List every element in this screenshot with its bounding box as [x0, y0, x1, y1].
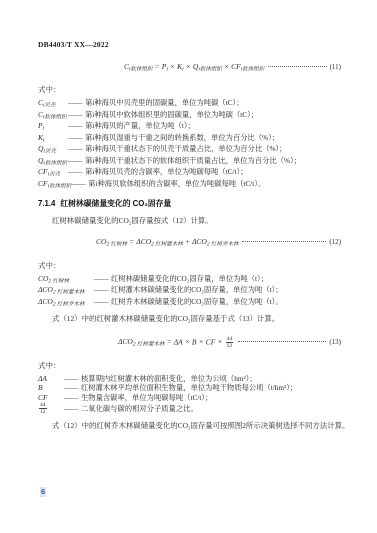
definition-description: 第i种海贝的产量，单位为吨（t）； — [85, 121, 195, 130]
definition-symbol: Ci贝壳 — [38, 98, 68, 110]
formula-12-number: (12) — [329, 238, 341, 247]
definition-list-mangrove: CO2 红树林——红树林碳储量变化的CO₂固存量，单位为吨（t）；ΔCO2 红树… — [38, 274, 341, 309]
definition-description: 红树灌木林平均单位面积生物量，单位为吨干物质每公顷（t/hm²）； — [81, 383, 297, 392]
definition-symbol: CFi软体组织 — [38, 179, 71, 191]
definition-item: CF——生物量含碳率，单位为吨碳每吨（tC/t）； — [38, 393, 341, 403]
symbol-base: ΔA — [174, 337, 183, 346]
symbol-base: ΔCO — [192, 237, 207, 246]
operator: + — [185, 237, 189, 246]
formula-11: Ci软体组织=Pi×Ki×Qi软体组织×CFi软体组织 (11) — [38, 62, 341, 74]
definition-dash: —— — [68, 110, 82, 120]
definition-dash: —— — [94, 274, 108, 284]
symbol-base: CF — [38, 393, 48, 402]
symbol-subscript: i软体组织 — [43, 160, 67, 166]
definition-dash: —— — [64, 374, 78, 384]
symbol: B — [192, 337, 197, 346]
definition-dash: —— — [68, 156, 82, 166]
definition-dash: —— — [94, 297, 108, 307]
symbol: CO2 红树林 — [96, 237, 127, 246]
definition-dash: —— — [68, 121, 82, 131]
symbol: CFi软体组织 — [38, 179, 71, 188]
symbol: Ki — [38, 133, 45, 142]
symbol-base: CO — [38, 274, 48, 283]
symbol: Ci软体组织 — [38, 110, 67, 119]
definition-symbol: Qi软体组织 — [38, 156, 68, 168]
symbol: CO2 红树林 — [38, 274, 69, 283]
definition-item: Pi——第i种海贝的产量，单位为吨（t）； — [38, 121, 341, 133]
dotted-leader — [268, 66, 326, 67]
definition-item: Qi软体组织——第i种海贝干重状态下的软体组织干质量占比，单位为百分比（%）； — [38, 156, 341, 168]
symbol: Qi软体组织 — [193, 62, 222, 71]
operator: × — [224, 62, 228, 71]
symbol-subscript: i贝壳 — [43, 149, 56, 155]
definition-item: Ci软体组织——第i种海贝中软体组织里的固碳量，单位为吨碳（tC）； — [38, 110, 341, 122]
definition-description: 第i种海贝贝壳的含碳率，单位为吨碳每吨（tC/t）； — [85, 167, 248, 176]
definition-description: 第i种海贝中软体组织里的固碳量，单位为吨碳（tC）； — [85, 110, 258, 119]
symbol-subscript: 2 红树灌木林 — [151, 242, 183, 248]
definition-dash: —— — [64, 393, 78, 403]
symbol: ΔCO2 红树乔木林 — [38, 297, 84, 306]
formula-12: CO2 红树林=ΔCO2 红树灌木林+ΔCO2 红树乔木林 (12) — [38, 237, 341, 249]
operator: × — [170, 62, 174, 71]
document-code-header: DB4403/T XX—2022 — [38, 40, 341, 50]
definition-dash: —— — [68, 98, 82, 108]
formula-13-math: ΔCO2 红树灌木林=ΔA×B×CF×4412 — [118, 336, 234, 349]
definition-list-shellfish: Ci贝壳——第i种海贝中贝壳里的固碳量，单位为吨碳（tC）；Ci软体组织——第i… — [38, 98, 341, 190]
symbol-subscript: i软体组织 — [241, 66, 265, 72]
fraction-denominator: 12 — [39, 408, 47, 415]
definition-description: 第i种海贝干重状态下的贝壳干质量占比，单位为百分比（%）； — [85, 144, 286, 153]
operator: × — [218, 337, 222, 346]
symbol: ΔCO2 红树乔木林 — [192, 237, 238, 246]
definition-description: 第i种海贝软体组织的含碳率，单位为吨碳每吨（tC/t）。 — [88, 179, 265, 188]
symbol: Pi — [162, 62, 168, 71]
symbol-base: ΔCO — [136, 237, 151, 246]
definition-dash: —— — [68, 144, 82, 154]
definition-item: CFi贝壳——第i种海贝贝壳的含碳率，单位为吨碳每吨（tC/t）； — [38, 167, 341, 179]
symbol-subscript: i — [166, 66, 168, 72]
symbol-base: CF — [38, 167, 48, 176]
symbol-base: CF — [38, 179, 48, 188]
symbol: Qi软体组织 — [38, 156, 67, 165]
definition-description: 红树乔木林碳储量变化的CO₂固存量，单位为吨（t）。 — [111, 297, 283, 306]
symbol: ΔCO2 红树灌木林 — [38, 285, 84, 294]
definition-description: 二氧化碳与碳的相对分子质量之比。 — [81, 404, 198, 413]
symbol-base: ΔA — [38, 374, 47, 383]
where-label-3: 式中： — [38, 361, 341, 371]
symbol-subscript: 2 红树灌木林 — [53, 290, 85, 296]
definition-dash: —— — [68, 167, 82, 177]
definition-symbol: 4412 — [38, 402, 64, 415]
operator: = — [167, 337, 171, 346]
symbol: ΔCO2 红树灌木林 — [136, 237, 182, 246]
symbol: Ci贝壳 — [38, 98, 56, 107]
operator: × — [199, 337, 203, 346]
formula-12-math: CO2 红树林=ΔCO2 红树灌木林+ΔCO2 红树乔木林 — [96, 237, 238, 249]
paragraph-final: 式（12）中的红树乔木林碳储量变化的CO₂固存量可按照图2所示决策树选择不同方法… — [38, 421, 341, 431]
definition-item: CFi软体组织——第i种海贝软体组织的含碳率，单位为吨碳每吨（tC/t）。 — [38, 179, 341, 191]
definition-dash: —— — [71, 179, 85, 189]
symbol-subscript: i — [182, 66, 184, 72]
definition-description: 红树灌木林碳储量变化的CO₂固存量，单位为吨（t）； — [111, 285, 283, 294]
where-label-1: 式中： — [38, 85, 341, 95]
definition-symbol: B — [38, 383, 64, 393]
symbol-subscript: 2 红树林 — [106, 242, 127, 248]
definition-item: CO2 红树林——红树林碳储量变化的CO₂固存量，单位为吨（t）； — [38, 274, 341, 286]
definition-symbol: CO2 红树林 — [38, 274, 94, 286]
page-content: DB4403/T XX—2022 Ci软体组织=Pi×Ki×Qi软体组织×CFi… — [0, 0, 377, 431]
paragraph-intro-formula-12: 红树林碳储量变化的CO₂固存量按式（12）计算。 — [38, 216, 341, 226]
definition-symbol: Pi — [38, 121, 68, 133]
fraction-denominator: 12 — [226, 342, 234, 349]
symbol: Ci软体组织 — [124, 62, 153, 71]
symbol: B — [38, 383, 43, 392]
symbol: CFi软体组织 — [231, 62, 264, 71]
definition-item: Ci贝壳——第i种海贝中贝壳里的固碳量，单位为吨碳（tC）； — [38, 98, 341, 110]
definition-dash: —— — [64, 383, 78, 393]
definition-description: 第i种海贝干重状态下的软体组织干质量占比，单位为百分比（%）； — [85, 156, 301, 165]
symbol-subscript: 2 红树乔木林 — [207, 242, 239, 248]
symbol: CF — [38, 393, 48, 402]
symbol-base: B — [38, 383, 43, 392]
definition-item: B——红树灌木林平均单位面积生物量，单位为吨干物质每公顷（t/hm²）； — [38, 383, 341, 393]
symbol-subscript: i — [43, 126, 45, 132]
definition-list-shrub: ΔA——核算期内红树灌木林的面积变化，单位为公顷（hm²）；B——红树灌木林平均… — [38, 374, 341, 416]
section-title: 红树林碳储量变化的 CO₂固存量 — [60, 199, 171, 208]
definition-symbol: ΔA — [38, 374, 64, 384]
definition-symbol: CF — [38, 393, 64, 403]
symbol-subscript: i — [43, 137, 45, 143]
symbol: CF — [206, 337, 216, 346]
operator: = — [155, 62, 159, 71]
section-number: 7.1.4 — [38, 199, 55, 208]
definition-symbol: Ci软体组织 — [38, 110, 68, 122]
operator: × — [185, 337, 189, 346]
formula-11-math: Ci软体组织=Pi×Ki×Qi软体组织×CFi软体组织 — [124, 62, 264, 74]
symbol-subscript: i贝壳 — [48, 172, 61, 178]
definition-item: ΔCO2 红树乔木林——红树乔木林碳储量变化的CO₂固存量，单位为吨（t）。 — [38, 297, 341, 309]
operator: × — [186, 62, 190, 71]
symbol-subscript: 2 红树乔木林 — [53, 301, 85, 307]
symbol-base: CO — [96, 237, 106, 246]
definition-symbol: ΔCO2 红树乔木林 — [38, 297, 94, 309]
paragraph-intro-formula-13: 式（12）中的红树灌木林碳储量变化的CO₂固存量基于式（13）计算。 — [38, 314, 341, 324]
symbol: ΔCO2 红树灌木林 — [118, 337, 164, 346]
symbol-subscript: i软体组织 — [198, 66, 222, 72]
symbol-base: ΔCO — [38, 297, 53, 306]
symbol: Ki — [177, 62, 184, 71]
dotted-leader — [242, 241, 326, 242]
symbol: CFi贝壳 — [38, 167, 60, 176]
definition-symbol: Ki — [38, 133, 68, 145]
symbol-base: ΔCO — [38, 285, 53, 294]
symbol-subscript: i贝壳 — [43, 103, 56, 109]
symbol: Qi贝壳 — [38, 144, 56, 153]
symbol-base: CF — [206, 337, 216, 346]
definition-item: ΔCO2 红树灌木林——红树灌木林碳储量变化的CO₂固存量，单位为吨（t）； — [38, 285, 341, 297]
symbol-subscript: 2 红树林 — [48, 278, 69, 284]
symbol-base: ΔCO — [118, 337, 133, 346]
symbol: ΔA — [38, 374, 47, 383]
symbol-subscript: i软体组织 — [43, 114, 67, 120]
where-label-2: 式中： — [38, 261, 341, 271]
fraction: 4412 — [226, 336, 234, 349]
definition-description: 红树林碳储量变化的CO₂固存量，单位为吨（t）； — [111, 274, 268, 283]
symbol-subscript: 2 红树灌木林 — [133, 342, 165, 348]
symbol-subscript: i软体组织 — [48, 183, 72, 189]
operator: = — [130, 237, 134, 246]
definition-description: 核算期内红树灌木林的面积变化，单位为公顷（hm²）； — [81, 374, 257, 383]
definition-description: 生物量含碳率，单位为吨碳每吨（tC/t）； — [81, 393, 212, 402]
definition-description: 第i种海贝中贝壳里的固碳量，单位为吨碳（tC）； — [85, 98, 244, 107]
symbol: Pi — [38, 121, 44, 130]
definition-item: ΔA——核算期内红树灌木林的面积变化，单位为公顷（hm²）； — [38, 374, 341, 384]
definition-symbol: Qi贝壳 — [38, 144, 68, 156]
definition-item: Ki——第i种海贝湿重与干重之间的转换系数，单位为百分比（%）； — [38, 133, 341, 145]
page-number: 6 — [40, 487, 46, 497]
definition-symbol: CFi贝壳 — [38, 167, 68, 179]
definition-item: Qi贝壳——第i种海贝干重状态下的贝壳干质量占比，单位为百分比（%）； — [38, 144, 341, 156]
symbol: ΔA — [174, 337, 183, 346]
definition-dash: —— — [64, 404, 78, 414]
symbol-subscript: i软体组织 — [129, 66, 153, 72]
symbol-base: B — [192, 337, 197, 346]
dotted-leader — [238, 341, 326, 342]
document-page: DB4403/T XX—2022 Ci软体组织=Pi×Ki×Qi软体组织×CFi… — [0, 0, 377, 533]
formula-13: ΔCO2 红树灌木林=ΔA×B×CF×4412 (13) — [38, 336, 341, 349]
definition-description: 第i种海贝湿重与干重之间的转换系数，单位为百分比（%）； — [85, 133, 279, 142]
formula-11-number: (11) — [330, 63, 341, 72]
section-heading-714: 7.1.4红树林碳储量变化的 CO₂固存量 — [38, 199, 341, 209]
fraction: 4412 — [39, 402, 47, 415]
definition-item: 4412——二氧化碳与碳的相对分子质量之比。 — [38, 402, 341, 415]
symbol-base: CF — [231, 62, 241, 71]
definition-dash: —— — [94, 285, 108, 295]
definition-dash: —— — [68, 133, 82, 143]
formula-13-number: (13) — [329, 338, 341, 347]
definition-symbol: ΔCO2 红树灌木林 — [38, 285, 94, 297]
